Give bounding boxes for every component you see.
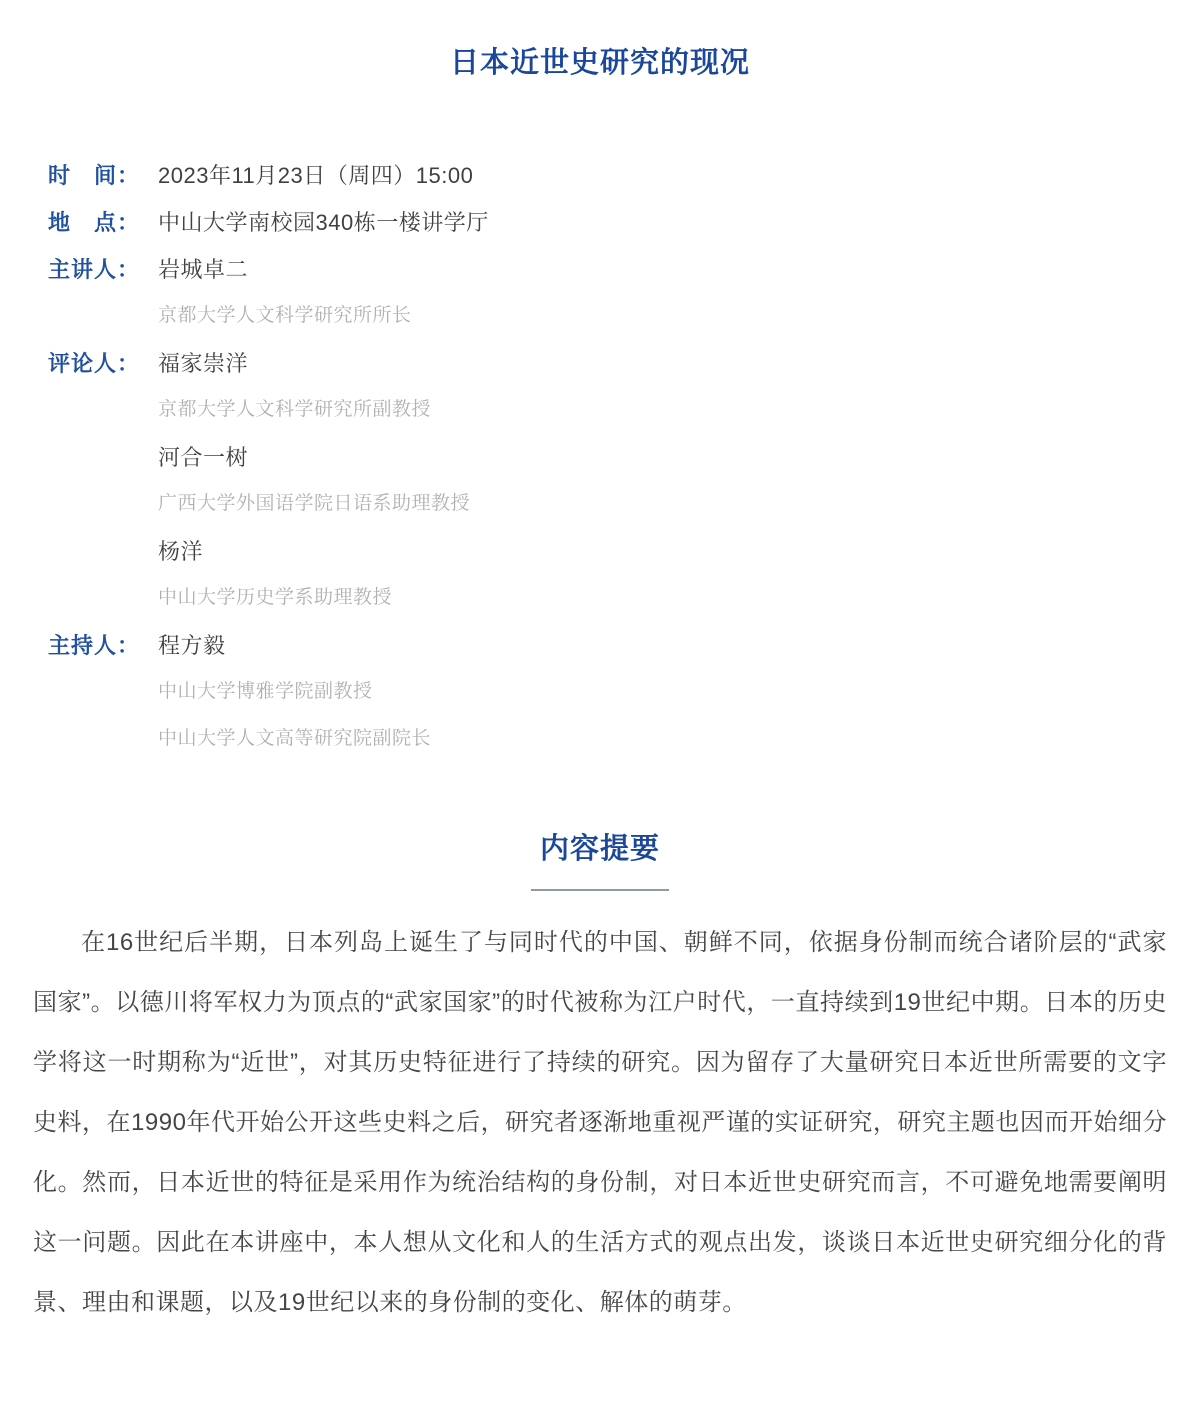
event-details: 时 间：2023年11月23日（周四）15:00地 点：中山大学南校园340栋一… [0,161,1200,753]
detail-value: 岩城卓二 [158,255,248,285]
person-name: 杨洋 [158,537,1152,567]
person-affiliation: 京都大学人文科学研究所所长 [158,302,1152,330]
detail-row: 地 点：中山大学南校园340栋一楼讲学厅 [48,208,1152,238]
summary-heading-underline [531,889,669,891]
person-affiliation: 京都大学人文科学研究所副教授 [158,396,1152,424]
person-name: 河合一树 [158,443,1152,473]
detail-row: 时 间：2023年11月23日（周四）15:00 [48,161,1152,191]
detail-row: 主讲人：岩城卓二 [48,255,1152,285]
detail-row: 评论人：福家崇洋 [48,349,1152,379]
detail-value: 程方毅 [158,631,226,661]
detail-label: 时 间： [48,161,158,191]
person-affiliation: 中山大学人文高等研究院副院长 [158,725,1152,753]
person-affiliation: 广西大学外国语学院日语系助理教授 [158,490,1152,518]
page-title: 日本近世史研究的现况 [0,47,1200,79]
detail-value: 中山大学南校园340栋一楼讲学厅 [158,208,489,238]
person-affiliation: 中山大学博雅学院副教授 [158,678,1152,706]
detail-label: 地 点： [48,208,158,238]
detail-row: 主持人：程方毅 [48,631,1152,661]
person-affiliation: 中山大学历史学系助理教授 [158,584,1152,612]
summary-section: 内容提要 在16世纪后半期，日本列岛上诞生了与同时代的中国、朝鲜不同，依据身份制… [0,833,1200,1333]
detail-value: 福家崇洋 [158,349,248,379]
detail-label: 评论人： [48,349,158,379]
detail-value: 2023年11月23日（周四）15:00 [158,161,473,191]
lecture-announcement-page: 日本近世史研究的现况 时 间：2023年11月23日（周四）15:00地 点：中… [0,0,1200,1415]
summary-paragraph: 在16世纪后半期，日本列岛上诞生了与同时代的中国、朝鲜不同，依据身份制而统合诸阶… [0,913,1200,1333]
detail-label: 主持人： [48,631,158,661]
summary-heading: 内容提要 [0,833,1200,865]
detail-label: 主讲人： [48,255,158,285]
